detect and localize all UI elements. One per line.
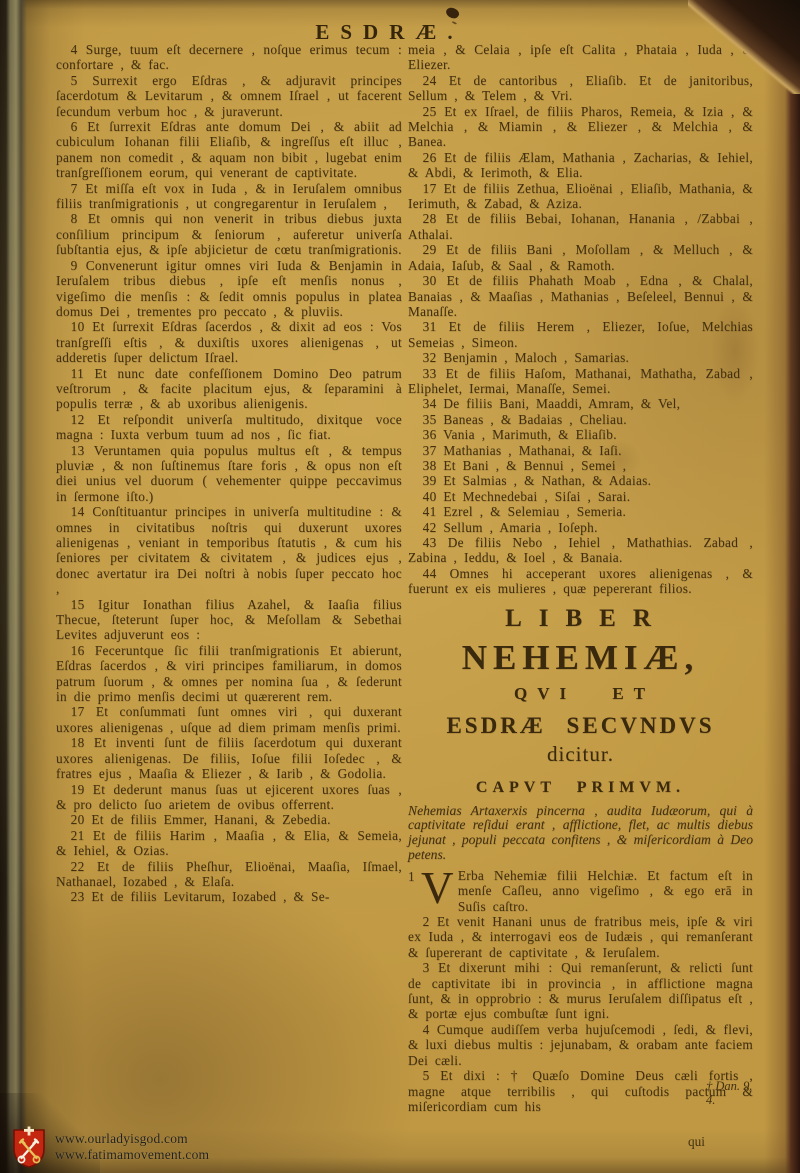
chapter-argument: Nehemias Artaxerxis pincerna , audita Iu… [408,804,753,863]
verse-list-right-bottom: 2 Et venit Hanani unus de fratribus meis… [408,914,753,1114]
verse-paragraph: 19 Et dederunt manus ſuas ut ejicerent u… [56,782,402,813]
watermark-urls: www.ourladyisgod.com www.fatimamovement.… [55,1131,209,1163]
verse-paragraph: 14 Conſtituantur principes in univerſa m… [56,504,402,596]
verse-paragraph: 25 Et ex Iſrael, de filiis Pharos, Remei… [408,104,753,150]
papal-keys-shield-icon [12,1126,46,1168]
verse-paragraph: 21 Et de filiis Harim , Maaſia , & Elia,… [56,828,402,859]
drop-cap-initial: V [421,868,458,908]
verse-paragraph: 28 Et de filiis Bebai, Iohanan, Hanania … [408,211,753,242]
book-title-nehemiae: NEHEMIÆ, [408,639,753,677]
verse-list-right-top: meia , & Celaia , ipſe eſt Calita , Phat… [408,42,753,597]
verse-paragraph: 16 Feceruntque ſic filii tranſmigrationi… [56,643,402,705]
book-title-esdrae-secvndvs: ESDRÆ SECVNDVS [408,713,753,738]
verse-paragraph: 42 Sellum , Amaria , Ioſeph. [408,520,753,535]
verse-paragraph: 15 Igitur Ionathan filius Azahel, & Iaaſ… [56,597,402,643]
verse-paragraph: 22 Et de filiis Pheſhur, Elioënai, Maaſi… [56,859,402,890]
verse-paragraph: 11 Et nunc date confeſſionem Domino Deo … [56,366,402,412]
verse-paragraph: 8 Et omnis qui non venerit in tribus die… [56,211,402,257]
verse-paragraph: 36 Vania , Marimuth, & Eliaſib. [408,427,753,442]
verse-paragraph: 31 Et de filiis Herem , Eliezer, Ioſue, … [408,319,753,350]
verse-paragraph: 6 Et ſurrexit Eſdras ante domum Dei , & … [56,119,402,181]
page-corner-shadow-top-right [688,0,800,94]
verse-paragraph: 29 Et de filiis Bani , Moſollam , & Mell… [408,242,753,273]
verse-paragraph: 32 Benjamin , Maloch , Samarias. [408,350,753,365]
verse-paragraph: 5 Surrexit ergo Eſdras , & adjuravit pri… [56,73,402,119]
verse-paragraph: 4 Cumque audiſſem verba hujuſcemodi , ſe… [408,1022,753,1068]
chapter-heading: CAPVT PRIMVM. [408,779,753,797]
verse-text: Erba Nehemiæ filii Helchiæ. Et factum eſ… [458,868,753,914]
verse-paragraph: 20 Et de filiis Emmer, Hanani, & Zebedia… [56,812,402,827]
watermark-url-1: www.ourladyisgod.com [55,1131,209,1147]
verse-paragraph: 44 Omnes hi acceperant uxores alienigena… [408,566,753,597]
verse-paragraph: 26 Et de filiis Ælam, Mathania , Zachari… [408,150,753,181]
text-column-right: meia , & Celaia , ipſe eſt Calita , Phat… [408,42,753,1114]
verse-paragraph: 18 Et inventi ſunt de filiis ſacerdotum … [56,735,402,781]
verse-paragraph: 5 Et dixi : † Quæſo Domine Deus cæli for… [408,1068,753,1114]
verse-paragraph: 38 Et Bani , & Bennui , Semei , [408,458,753,473]
verse-paragraph: 2 Et venit Hanani unus de fratribus meis… [408,914,753,960]
margin-reference-note: † Dan. 9. 4. [706,1080,758,1107]
catchword: qui [688,1134,705,1150]
watermark-url-2: www.fatimamovement.com [55,1147,209,1163]
verse-paragraph: 23 Et de filiis Levitarum, Iozabed , & S… [56,889,402,904]
verse-paragraph: 3 Et dixerunt mihi : Qui remanſerunt, & … [408,960,753,1022]
verse-paragraph: 34 De filiis Bani, Maaddi, Amram, & Vel, [408,396,753,411]
book-title-liber: LIBER [408,605,753,633]
verse-paragraph: 10 Et ſurrexit Eſdras ſacerdos , & dixit… [56,319,402,365]
scanner-watermark: www.ourladyisgod.com www.fatimamovement.… [12,1126,209,1168]
verse-paragraph: 13 Veruntamen quia populus multus eſt , … [56,443,402,505]
verse-paragraph: 37 Mathanias , Mathanai, & Iaſi. [408,443,753,458]
verse-paragraph: 9 Convenerunt igitur omnes viri Iuda & B… [56,258,402,320]
verse-paragraph: 43 De filiis Nebo , Iehiel , Mathathias.… [408,535,753,566]
verse-paragraph: 17 Et conſummati ſunt omnes viri , qui d… [56,704,402,735]
verse-paragraph: 35 Baneas , & Badaias , Cheliau. [408,412,753,427]
verse-paragraph: 7 Et miſſa eſt vox in Iuda , & in Ieruſa… [56,181,402,212]
text-column-left: 4 Surge, tuum eſt decernere , noſque eri… [56,42,402,905]
book-title-qvi-et: QVI ET [408,685,753,703]
book-title-dicitur: dicitur. [408,743,753,766]
ink-blot [444,5,460,21]
scanned-book-page: ESDRÆ. 319 4 Surge, tuum eſt decernere ,… [0,0,800,1173]
verse-paragraph: 12 Et reſpondit univerſa multitudo, dixi… [56,412,402,443]
verse-paragraph: 39 Et Salmias , & Nathan, & Adaias. [408,473,753,488]
verse-paragraph: 4 Surge, tuum eſt decernere , noſque eri… [56,42,402,73]
verse-paragraph: 41 Ezrel , & Selemiau , Semeria. [408,504,753,519]
verse-paragraph: 40 Et Mechnedebai , Siſai , Sarai. [408,489,753,504]
verse-paragraph: 30 Et de filiis Phahath Moab , Edna , & … [408,273,753,319]
verse-number: 1 [408,869,421,884]
verse-paragraph: 17 Et de filiis Zethua, Elioënai , Eliaſ… [408,181,753,212]
verse-paragraph: 33 Et de filiis Haſom, Mathanai, Mathath… [408,366,753,397]
verse-list-left: 4 Surge, tuum eſt decernere , noſque eri… [56,42,402,905]
verse-1-dropcap-paragraph: 1 V Erba Nehemiæ filii Helchiæ. Et factu… [408,868,753,914]
